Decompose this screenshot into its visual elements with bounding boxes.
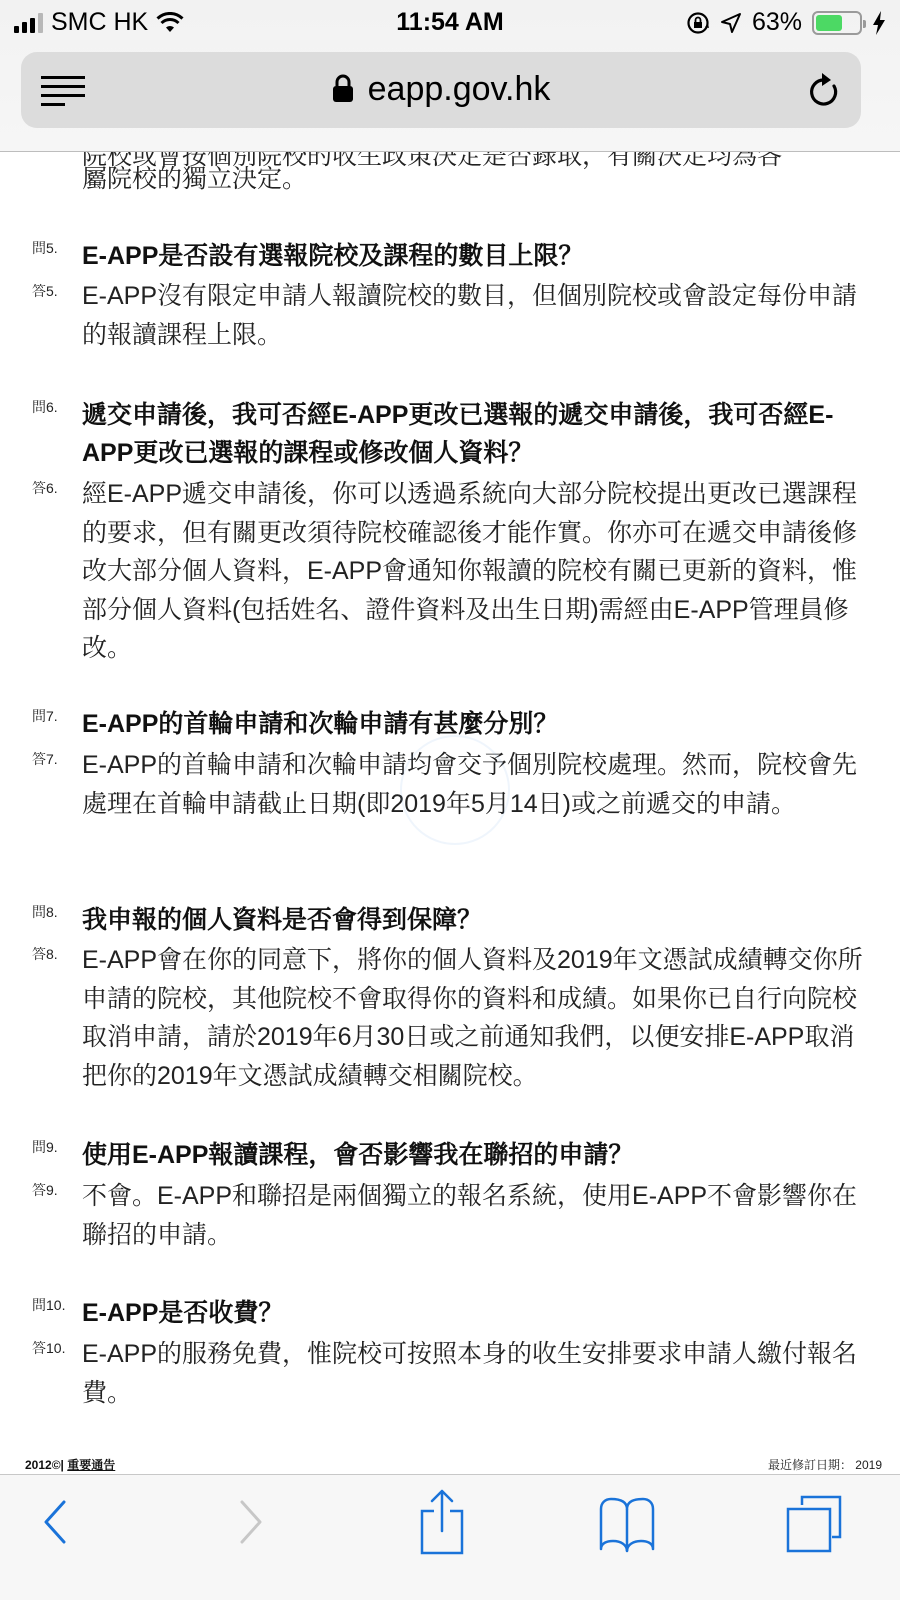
reload-icon[interactable]	[807, 72, 841, 110]
footer-left: 2012©| 重要通告	[25, 1456, 115, 1473]
battery-percent: 63%	[752, 8, 802, 37]
intro-paragraph-tail: 屬院校的獨立決定。	[82, 160, 872, 199]
address-bar[interactable]: eapp.gov.hk	[21, 52, 861, 128]
charging-bolt-icon	[872, 11, 886, 35]
location-icon	[720, 12, 742, 34]
answer-label: 答7.	[32, 749, 58, 769]
answer-label: 答8.	[32, 944, 58, 964]
question-label: 問8.	[32, 902, 58, 922]
answer-text: 經E-APP遞交申請後，你可以透過系統向大部分院校提出更改已選課程的要求，但有關…	[82, 475, 872, 668]
important-notice-link[interactable]: 重要通告	[67, 1458, 115, 1472]
bookmarks-button[interactable]	[597, 1497, 657, 1553]
question-text: 遞交申請後，我可否經E-APP更改已選報的遞交申請後，我可否經E-APP更改已選…	[82, 396, 872, 472]
answer-text: 不會。E-APP和聯招是兩個獨立的報名系統，使用E-APP不會影響你在聯招的申請…	[82, 1177, 872, 1254]
question-text: 我申報的個人資料是否會得到保障？	[82, 901, 872, 939]
copyright-text: 2012©|	[25, 1458, 64, 1472]
page-footer: 2012©| 重要通告 最近修訂日期： 2019	[0, 1452, 900, 1474]
browser-top-chrome: SMC HK 11:54 AM 63%	[0, 0, 900, 152]
orientation-lock-icon	[686, 11, 710, 35]
question-text: E-APP是否收費？	[82, 1294, 872, 1332]
battery-icon	[812, 11, 862, 35]
question-text: E-APP是否設有選報院校及課程的數目上限？	[82, 237, 872, 275]
answer-label: 答6.	[32, 478, 58, 498]
url-text: eapp.gov.hk	[368, 70, 551, 108]
browser-toolbar	[0, 1474, 900, 1600]
answer-label: 答5.	[32, 281, 58, 301]
question-label: 問5.	[32, 238, 58, 258]
question-text: E-APP的首輪申請和次輪申請有甚麼分別？	[82, 705, 872, 743]
lock-icon	[332, 74, 354, 102]
status-right: 63%	[686, 8, 886, 37]
question-text: 使用E-APP報讀課程，會否影響我在聯招的申請？	[82, 1136, 872, 1174]
last-revised-date: 最近修訂日期： 2019	[768, 1456, 882, 1473]
status-bar: SMC HK 11:54 AM 63%	[0, 0, 900, 46]
question-label: 問6.	[32, 397, 58, 417]
url-display[interactable]: eapp.gov.hk	[21, 70, 861, 109]
back-button[interactable]	[40, 1499, 70, 1545]
answer-text: E-APP的服務免費，惟院校可按照本身的收生安排要求申請人繳付報名費。	[82, 1335, 872, 1412]
question-label: 問10.	[32, 1295, 65, 1315]
tabs-button[interactable]	[784, 1493, 844, 1553]
question-label: 問7.	[32, 706, 58, 726]
question-label: 問9.	[32, 1137, 58, 1157]
answer-label: 答10.	[32, 1338, 65, 1358]
share-button[interactable]	[418, 1487, 466, 1557]
answer-text: E-APP會在你的同意下，將你的個人資料及2019年文憑試成績轉交你所申請的院校…	[82, 941, 872, 1095]
answer-text: E-APP沒有限定申請人報讀院校的數目，但個別院校或會設定每份申請的報讀課程上限…	[82, 277, 872, 354]
forward-button[interactable]	[236, 1499, 266, 1545]
answer-label: 答9.	[32, 1180, 58, 1200]
